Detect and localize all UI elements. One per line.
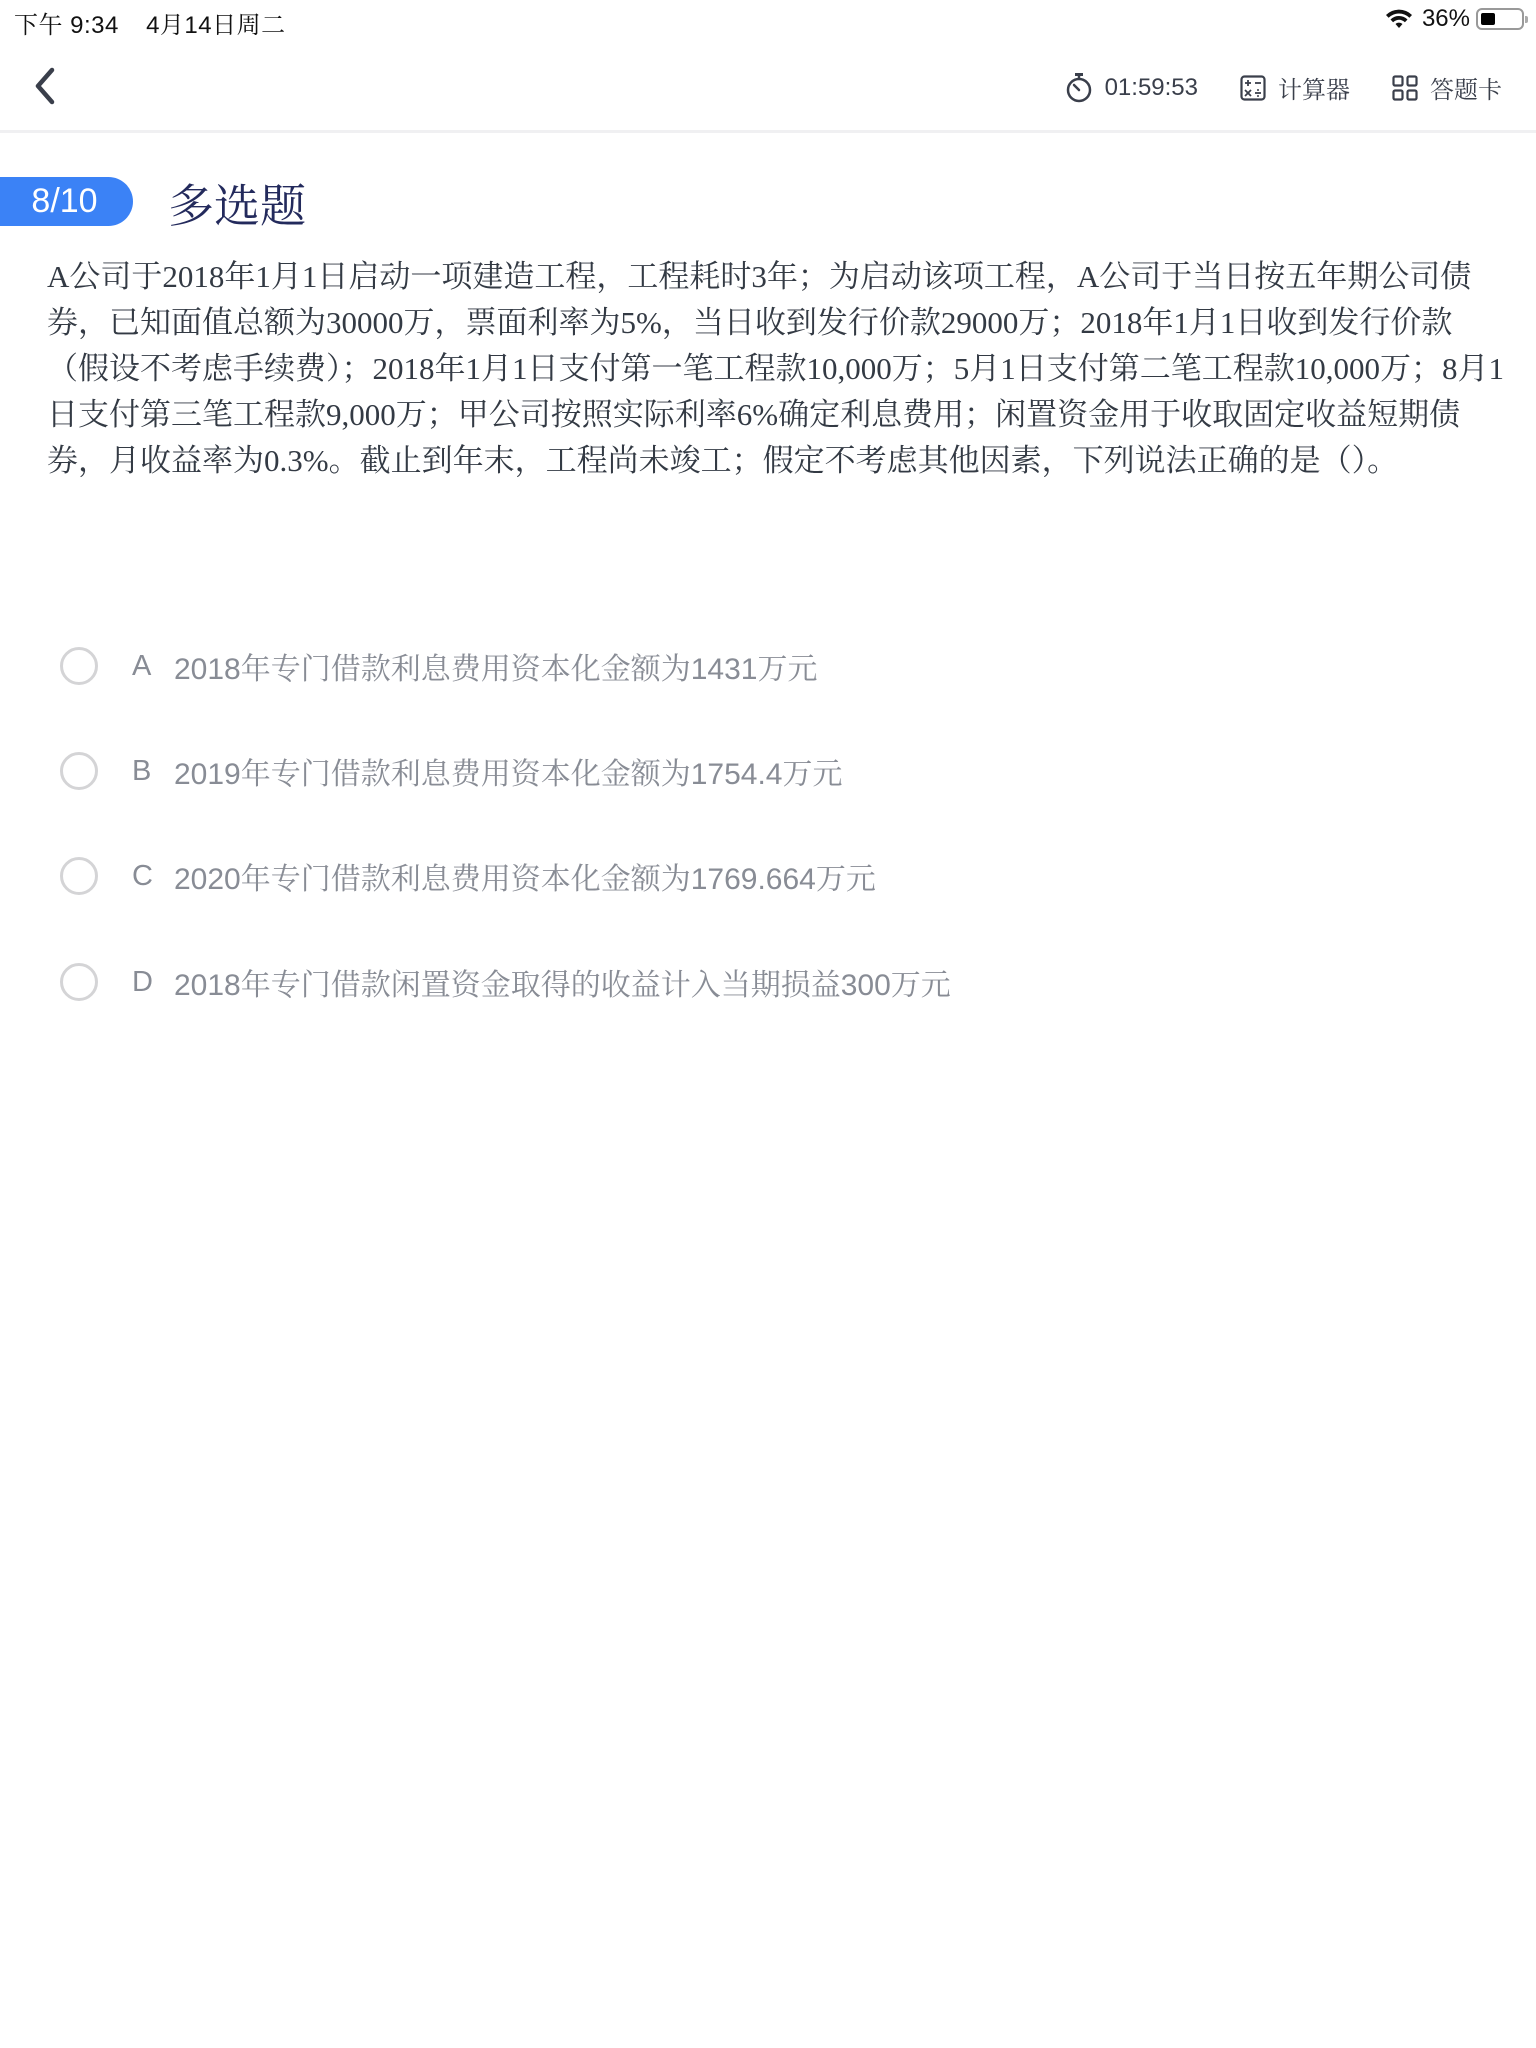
option-text: 2020年专门借款利息费用资本化金额为1769.664万元	[174, 854, 876, 898]
option-b[interactable]: B 2019年专门借款利息费用资本化金额为1754.4万元	[60, 735, 843, 807]
calculator-icon	[1240, 75, 1266, 101]
stopwatch-icon	[1065, 72, 1093, 104]
option-text: 2018年专门借款利息费用资本化金额为1431万元	[174, 644, 817, 688]
option-letter: C	[132, 860, 160, 893]
option-text: 2018年专门借款闲置资金取得的收益计入当期损益300万元	[174, 960, 951, 1004]
option-letter: A	[132, 650, 160, 683]
grid-icon	[1392, 75, 1418, 101]
status-indicators: 36%	[1384, 5, 1524, 33]
answer-card-label: 答题卡	[1430, 70, 1502, 105]
option-d[interactable]: D 2018年专门借款闲置资金取得的收益计入当期损益300万元	[60, 946, 951, 1018]
battery-percent: 36%	[1422, 5, 1470, 33]
question-progress-badge: 8/10	[0, 177, 133, 226]
top-nav-bar: 01:59:53 计算器 答题卡	[0, 40, 1536, 133]
option-text: 2019年专门借款利息费用资本化金额为1754.4万元	[174, 749, 843, 793]
status-time: 下午 9:34	[14, 12, 119, 39]
timer-value: 01:59:53	[1105, 74, 1198, 102]
wifi-icon	[1384, 8, 1414, 30]
question-stem: A公司于2018年1月1日启动一项建造工程，工程耗时3年；为启动该项工程，A公司…	[47, 254, 1507, 484]
option-a[interactable]: A 2018年专门借款利息费用资本化金额为1431万元	[60, 630, 817, 702]
option-c[interactable]: C 2020年专门借款利息费用资本化金额为1769.664万元	[60, 840, 876, 912]
calculator-label: 计算器	[1278, 70, 1350, 105]
calculator-button[interactable]: 计算器	[1240, 70, 1350, 105]
battery-icon	[1476, 8, 1524, 30]
question-type-title: 多选题	[168, 170, 306, 236]
checkbox-circle-icon[interactable]	[60, 752, 98, 790]
status-date: 4月14日周二	[146, 12, 286, 39]
checkbox-circle-icon[interactable]	[60, 857, 98, 895]
answer-card-button[interactable]: 答题卡	[1392, 70, 1502, 105]
checkbox-circle-icon[interactable]	[60, 647, 98, 685]
option-letter: D	[132, 966, 160, 999]
timer: 01:59:53	[1065, 72, 1198, 104]
chevron-left-icon[interactable]	[28, 62, 64, 110]
header-tools: 01:59:53 计算器 答题卡	[1023, 70, 1502, 105]
status-bar: 下午 9:34 4月14日周二 36%	[0, 0, 1536, 40]
checkbox-circle-icon[interactable]	[60, 963, 98, 1001]
status-time-date: 下午 9:34 4月14日周二	[14, 5, 306, 40]
option-letter: B	[132, 755, 160, 788]
